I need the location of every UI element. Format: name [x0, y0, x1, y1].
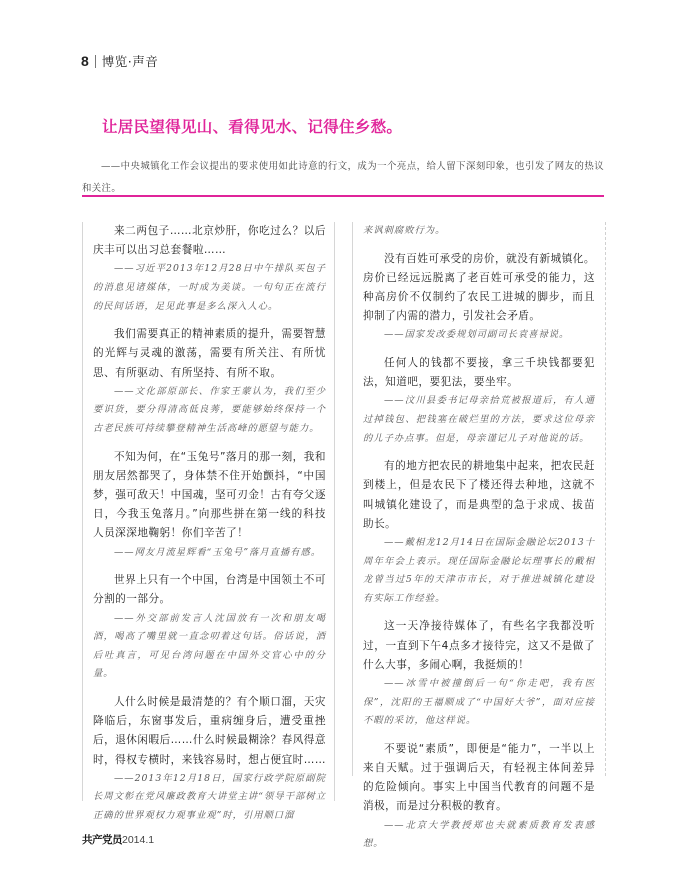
quote-text: 来二两包子……北京炒肝，你吃过么？以后庆丰可以出习总套餐啦……: [93, 222, 326, 260]
quote-source: ——外交部前发言人沈国放有一次和朋友喝酒，喝高了嘴里就一直念叨着这句话。俗话说，…: [93, 610, 326, 684]
quote-text: 不知为何，在“玉兔号”落月的那一刻，我和朋友居然都哭了，身体禁不住开始颤抖，“中…: [93, 448, 326, 544]
quote-block: 不要说“素质”，即便是“能力”，一半以上来自天赋。过于强调后天，有轻视主体间差异…: [363, 740, 595, 854]
quote-source: ——汶川县委书记母亲拾荒被报道后，有人通过掉钱包、把钱塞在破烂里的方法，要求这位…: [363, 392, 595, 448]
quote-block: 来二两包子……北京炒肝，你吃过么？以后庆丰可以出习总套餐啦…… ——习近平201…: [93, 222, 326, 316]
issue-number: 2014.1: [122, 834, 154, 846]
headline-quote: 让居民望得见山、看得见水、记得住乡愁。: [102, 115, 402, 137]
left-column: 来二两包子……北京炒肝，你吃过么？以后庆丰可以出习总套餐啦…… ——习近平201…: [82, 222, 335, 801]
magazine-logo: 共产党员: [82, 832, 122, 847]
quote-text: 这一天净接待媒体了，有些名字我都没听过，一直到下午4点多才接待完，这又不是做了什…: [363, 617, 595, 675]
quote-block: 有的地方把农民的耕地集中起来，把农民赶到楼上，但是农民下了楼还得去种地，这就不叫…: [363, 457, 595, 608]
quote-text: 我们需要真正的精神素质的提升，需要智慧的光辉与灵魂的激荡，需要有所关注、有所忧思…: [93, 325, 326, 383]
quote-block: 这一天净接待媒体了，有些名字我都没听过，一直到下午4点多才接待完，这又不是做了什…: [363, 617, 595, 730]
quote-source: ——北京大学教授郑也夫就素质教育发表感想。: [363, 817, 595, 854]
quote-block: 人什么时候是最清楚的？有个顺口溜，天灾降临后，东窗事发后，重病缠身后，遭受重挫后…: [93, 693, 326, 826]
quote-block-continuation: 来讽刺腐败行为。: [363, 222, 595, 241]
quote-block: 不知为何，在“玉兔号”落月的那一刻，我和朋友居然都哭了，身体禁不住开始颤抖，“中…: [93, 448, 326, 563]
quote-source: ——戴相龙12月14日在国际金融论坛2013十周年年会上表示。现任国际金融论坛理…: [363, 534, 595, 608]
quote-block: 没有百姓可承受的房价，就没有新城镇化。房价已经远远脱离了老百姓可承受的能力，这种…: [363, 250, 595, 345]
quote-text: 有的地方把农民的耕地集中起来，把农民赶到楼上，但是农民下了楼还得去种地，这就不叫…: [363, 457, 595, 534]
quote-text: 人什么时候是最清楚的？有个顺口溜，天灾降临后，东窗事发后，重病缠身后，遭受重挫后…: [93, 693, 326, 770]
header-divider: [95, 55, 96, 68]
page-number: 8: [81, 53, 89, 69]
quote-source: ——网友月流星辉看“玉兔号”落月直播有感。: [93, 544, 326, 563]
running-header: 8 博览·声音: [81, 52, 158, 70]
quote-text: 不要说“素质”，即便是“能力”，一半以上来自天赋。过于强调后天，有轻视主体间差异…: [363, 740, 595, 817]
headline-source: ——中央城镇化工作会议提出的要求使用如此诗意的行文，成为一个亮点，给人留下深刻印…: [82, 156, 604, 200]
quote-block: 任何人的钱都不要接，拿三千块钱都要犯法，知道吧，要犯法，要坐牢。 ——汶川县委书…: [363, 354, 595, 448]
quote-block: 我们需要真正的精神素质的提升，需要智慧的光辉与灵魂的激荡，需要有所关注、有所忧思…: [93, 325, 326, 438]
right-column: 来讽刺腐败行为。 没有百姓可承受的房价，就没有新城镇化。房价已经远远脱离了老百姓…: [352, 222, 606, 776]
quote-source-continuation: 来讽刺腐败行为。: [363, 222, 595, 241]
quote-source: ——文化部原部长、作家王蒙认为，我们至少要识货，要分得清高低良莠，要能够始终保持…: [93, 383, 326, 439]
section-name: 博览·声音: [102, 52, 158, 70]
section-divider: [82, 195, 604, 197]
quote-text: 没有百姓可承受的房价，就没有新城镇化。房价已经远远脱离了老百姓可承受的能力，这种…: [363, 250, 595, 327]
quote-block: 世界上只有一个中国，台湾是中国领土不可分割的一部分。 ——外交部前发言人沈国放有…: [93, 571, 326, 684]
quote-source: ——冰雪中被撞倒后一句“你走吧，我有医保”，沈阳的王福顺成了“中国好大爷”，面对…: [363, 675, 595, 731]
quote-text: 世界上只有一个中国，台湾是中国领土不可分割的一部分。: [93, 571, 326, 609]
quote-text: 任何人的钱都不要接，拿三千块钱都要犯法，知道吧，要犯法，要坐牢。: [363, 354, 595, 392]
quote-source: ——习近平2013年12月28日中午排队买包子的消息见诸媒体，一时成为美谈。一句…: [93, 260, 326, 316]
quote-source: ——国家发改委规划司副司长袁喜禄说。: [363, 326, 595, 345]
quote-source: ——2013年12月18日，国家行政学院原副院长周文彰在党风廉政教育大讲堂主讲“…: [93, 770, 326, 826]
page-footer: 共产党员 2014.1: [82, 832, 154, 847]
